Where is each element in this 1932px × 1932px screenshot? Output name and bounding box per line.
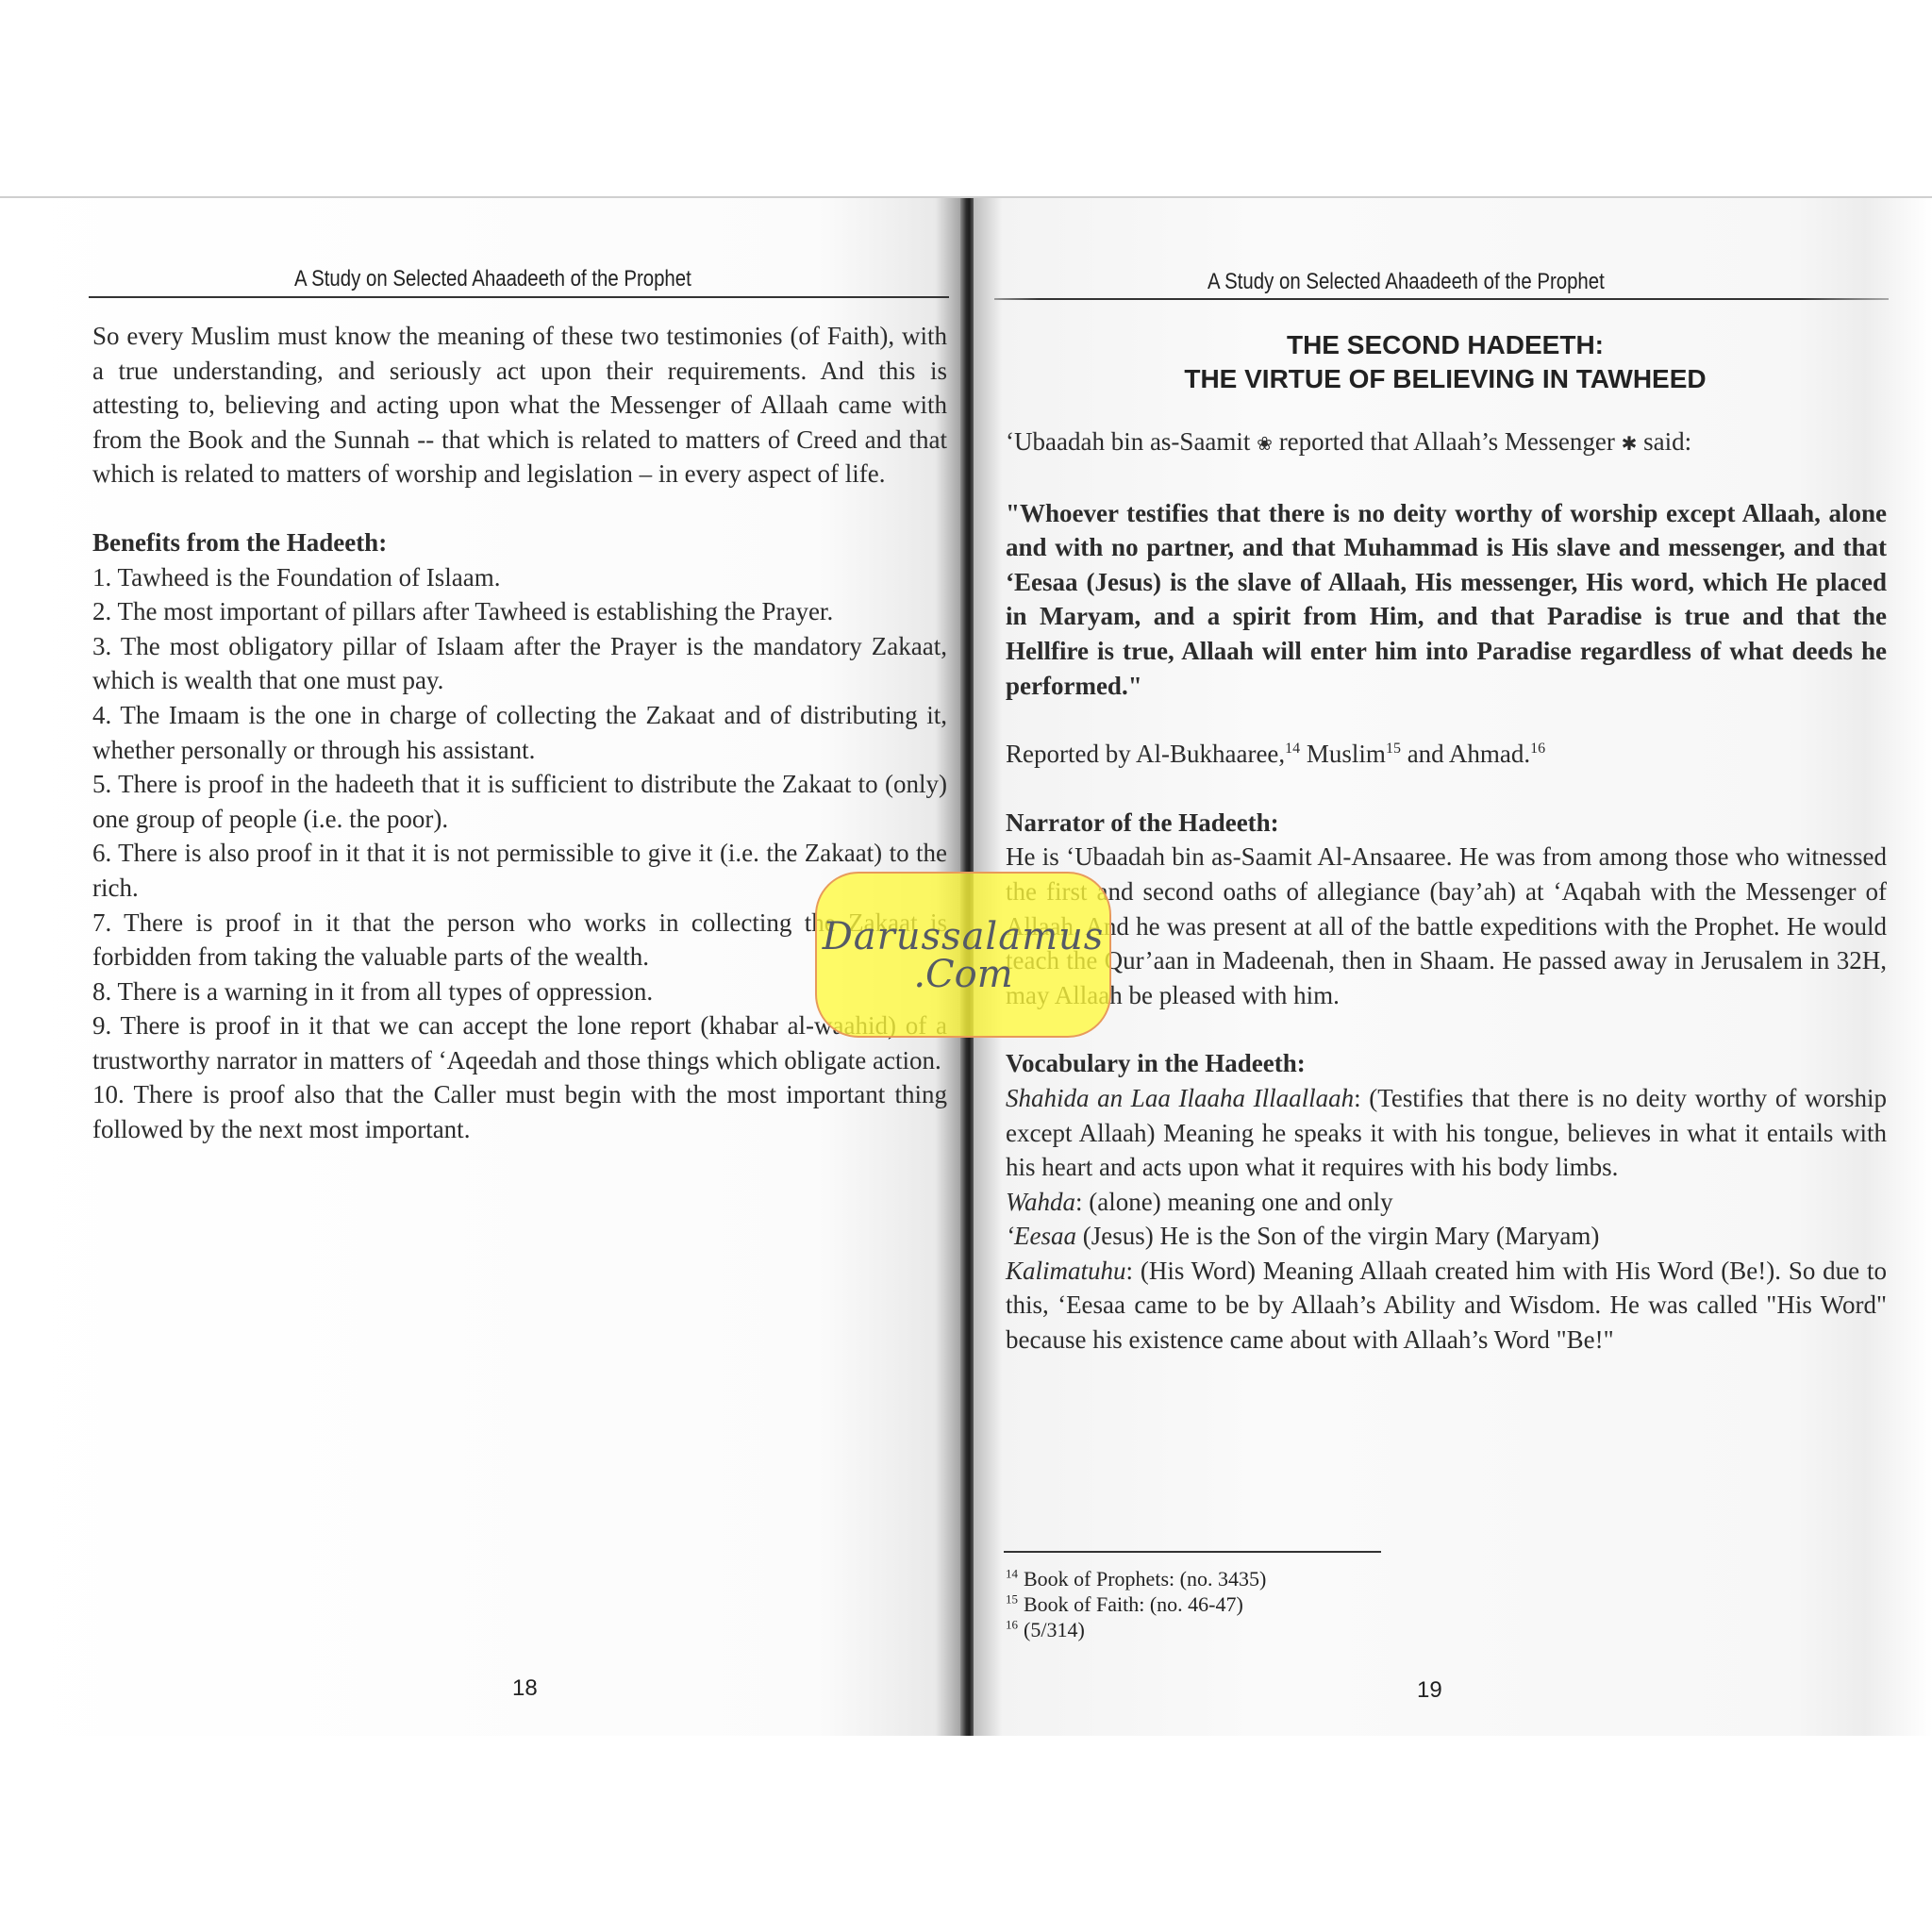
header-rule-left: [89, 296, 949, 298]
chapter-title: THE SECOND HADEETH: THE VIRTUE OF BELIEV…: [974, 328, 1917, 396]
vocabulary-item: Wahda: (alone) meaning one and only: [1006, 1185, 1887, 1220]
vocabulary-item: Kalimatuhu: (His Word) Meaning Allaah cr…: [1006, 1254, 1887, 1357]
honorific-companion-icon: ❀: [1257, 434, 1273, 455]
vocabulary-term: Kalimatuhu: [1006, 1257, 1126, 1285]
intro-said: said:: [1643, 427, 1691, 456]
hadeeth-text: "Whoever testifies that there is no deit…: [1006, 496, 1887, 704]
vocabulary-item: ‘Eesaa (Jesus) He is the Son of the virg…: [1006, 1219, 1887, 1254]
narrator-heading: Narrator of the Hadeeth:: [1006, 806, 1887, 841]
narrator-text: He is ‘Ubaadah bin as-Saamit Al-Ansaaree…: [1006, 840, 1887, 1012]
vocabulary-list: Shahida an Laa Ilaaha Illaallaah: (Testi…: [1006, 1081, 1887, 1357]
intro-middle: reported that Allaah’s Messenger: [1279, 427, 1615, 456]
page-number-right: 19: [1417, 1677, 1442, 1704]
intro-narrator: ‘Ubaadah bin as-Saamit: [1006, 427, 1250, 456]
vocabulary-separator: [1076, 1222, 1083, 1250]
footnote-item: 16(5/314): [1006, 1617, 1477, 1642]
benefit-item: 4. The Imaam is the one in charge of col…: [92, 698, 947, 767]
footnote-ref-16[interactable]: 16: [1530, 741, 1545, 757]
benefits-list: 1. Tawheed is the Foundation of Islaam.2…: [92, 560, 947, 1147]
vocabulary-item: Shahida an Laa Ilaaha Illaallaah: (Testi…: [1006, 1081, 1887, 1185]
honorific-prophet-icon: ✱: [1622, 434, 1638, 455]
right-body: ‘Ubaadah bin as-Saamit ❀ reported that A…: [1006, 425, 1887, 1357]
benefit-item: 1. Tawheed is the Foundation of Islaam.: [92, 560, 947, 595]
reported-ahmad: and Ahmad.: [1401, 740, 1530, 768]
reported-prefix: Reported by Al-Bukhaaree,: [1006, 740, 1285, 768]
watermark-badge: Darussalamus .Com: [815, 872, 1111, 1038]
benefit-item: 3. The most obligatory pillar of Islaam …: [92, 629, 947, 698]
left-body: So every Muslim must know the meaning of…: [92, 319, 947, 1147]
vocabulary-separator: :: [1126, 1257, 1141, 1285]
footnote-ref-15[interactable]: 15: [1386, 741, 1401, 757]
reported-by: Reported by Al-Bukhaaree,14 Muslim15 and…: [1006, 737, 1887, 772]
footnote-ref-14[interactable]: 14: [1285, 741, 1300, 757]
vocabulary-term: ‘Eesaa: [1006, 1222, 1076, 1250]
footnote-number: 15: [1006, 1592, 1018, 1607]
chapter-title-line2: THE VIRTUE OF BELIEVING IN TAWHEED: [974, 362, 1917, 396]
header-rule-right: [994, 298, 1889, 300]
watermark-line2: .Com: [817, 953, 1109, 996]
footnote-item: 15Book of Faith: (no. 46-47): [1006, 1591, 1477, 1617]
right-page: A Study on Selected Ahaadeeth of the Pro…: [974, 198, 1932, 1736]
footnote-number: 14: [1006, 1567, 1018, 1581]
footnote-item: 14Book of Prophets: (no. 3435): [1006, 1566, 1477, 1591]
footnote-text: Book of Prophets: (no. 3435): [1024, 1567, 1266, 1591]
page-number-left: 18: [512, 1675, 538, 1702]
vocabulary-term: Shahida an Laa Ilaaha Illaallaah: [1006, 1084, 1354, 1112]
vocabulary-definition: (alone) meaning one and only: [1089, 1188, 1392, 1216]
footnote-text: Book of Faith: (no. 46-47): [1024, 1592, 1243, 1616]
hadeeth-intro: ‘Ubaadah bin as-Saamit ❀ reported that A…: [1006, 425, 1887, 462]
chapter-title-line1: THE SECOND HADEETH:: [974, 328, 1917, 362]
footnote-number: 16: [1006, 1618, 1018, 1632]
benefit-item: 2. The most important of pillars after T…: [92, 594, 947, 629]
benefit-item: 9. There is proof in it that we can acce…: [92, 1008, 947, 1077]
benefit-item: 10. There is proof also that the Caller …: [92, 1077, 947, 1146]
reported-muslim: Muslim: [1300, 740, 1386, 768]
intro-paragraph: So every Muslim must know the meaning of…: [92, 319, 947, 491]
footnotes: 14Book of Prophets: (no. 3435)15Book of …: [1006, 1566, 1477, 1642]
footnote-text: (5/314): [1024, 1618, 1085, 1641]
footnote-rule: [1004, 1551, 1381, 1553]
running-head-right: A Study on Selected Ahaadeeth of the Pro…: [1207, 269, 1605, 295]
vocabulary-term: Wahda: [1006, 1188, 1075, 1216]
benefit-item: 5. There is proof in the hadeeth that it…: [92, 767, 947, 836]
vocabulary-separator: :: [1075, 1188, 1089, 1216]
vocabulary-heading: Vocabulary in the Hadeeth:: [1006, 1046, 1887, 1081]
running-head-left: A Study on Selected Ahaadeeth of the Pro…: [294, 266, 691, 292]
benefits-heading: Benefits from the Hadeeth:: [92, 525, 947, 560]
vocabulary-definition: (Jesus) He is the Son of the virgin Mary…: [1083, 1222, 1600, 1250]
vocabulary-separator: :: [1354, 1084, 1369, 1112]
